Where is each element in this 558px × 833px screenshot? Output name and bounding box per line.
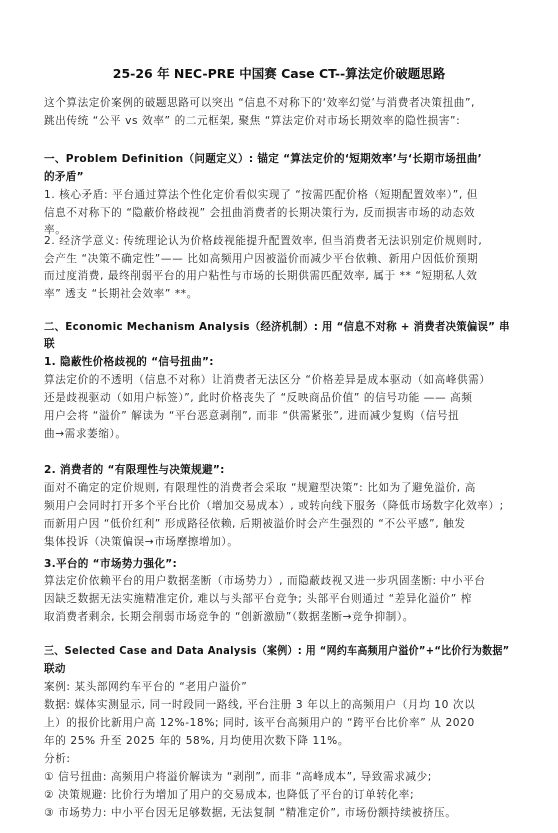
section3-heading: 三、Selected Case and Data Analysis（案例）: 用… bbox=[44, 644, 510, 658]
section2-sub2-line: 面对不确定的定价规则, 有限理性的消费者会采取 “规避型决策”: 比如为了避免溢… bbox=[44, 481, 476, 495]
section1-line: 1. 核心矛盾: 平台通过算法个性化定价看似实现了 “按需匹配价格（短期配置效率… bbox=[44, 188, 478, 202]
section2-sub1-heading: 1. 隐蔽性价格歧视的 “信号扭曲”: bbox=[44, 355, 214, 369]
section3-line: 数据: 媒体实测显示, 同一时段同一路线, 平台注册 3 年以上的高频用户（月均… bbox=[44, 698, 475, 712]
section2-sub1-line: 用户会将 “溢价” 解读为 “平台恶意剥削”, 而非 “供需紧张”, 进而减少复… bbox=[44, 409, 459, 423]
section2-sub3-line: 取消费者剩余, 长期会削弱市场竞争的 “创新激励”（数据垄断→竞争抑制）。 bbox=[44, 610, 414, 624]
section2-sub3-line: 算法定价依赖平台的用户数据垄断（市场势力）, 而隐蔽歧视又进一步巩固垄断: 中小… bbox=[44, 574, 485, 588]
section2-sub3-line: 因缺乏数据无法实施精准定价, 难以与头部平台竞争; 头部平台则通过 “差异化溢价… bbox=[44, 592, 472, 606]
section1-heading: 一、Problem Definition（问题定义）: 锚定 “算法定价的‘短期… bbox=[44, 152, 482, 166]
section2-heading: 二、Economic Mechanism Analysis（经济机制）: 用 “… bbox=[44, 320, 510, 334]
section1-heading: 的矛盾” bbox=[44, 170, 84, 184]
section1-line: 而过度消费, 最终削弱平台的用户粘性与市场的长期供需匹配效率, 属于 ** “短… bbox=[44, 269, 477, 283]
intro-line: 这个算法定价案例的破题思路可以突出 “信息不对称下的‘效率幻觉’与消费者决策扭曲… bbox=[44, 96, 475, 110]
section3-line: ③ 市场势力: 中小平台因无足够数据, 无法复制 “精准定价”, 市场份额持续被… bbox=[44, 806, 456, 820]
section3-line: 年的 25% 升至 2025 年的 58%, 月均使用次数下降 11%。 bbox=[44, 734, 349, 748]
section2-heading: 联 bbox=[44, 337, 55, 351]
section2-sub2-heading: 2. 消费者的 “有限理性与决策规避”: bbox=[44, 463, 225, 477]
section2-sub1-line: 算法定价的不透明（信息不对称）让消费者无法区分 “价格差异是成本驱动（如高峰供需… bbox=[44, 373, 491, 387]
document-page: 25-26 年 NEC-PRE 中国赛 Case CT--算法定价破题思路 这个… bbox=[0, 0, 558, 833]
section3-line: ② 决策规避: 比价行为增加了用户的交易成本, 也降低了平台的订单转化率; bbox=[44, 788, 414, 802]
section2-sub2-line: 集体投诉（决策偏误→市场摩擦增加）。 bbox=[44, 535, 238, 549]
section2-sub2-line: 频用户会同时打开多个平台比价（增加交易成本）, 或转向线下服务（降低市场数字化效… bbox=[44, 499, 504, 513]
section1-line: 率” 透支 “长期社会效率” **。 bbox=[44, 287, 198, 301]
section3-line: 分析: bbox=[44, 752, 71, 766]
section3-line: 案例: 某头部网约车平台的 “老用户溢价” bbox=[44, 680, 247, 694]
document-title: 25-26 年 NEC-PRE 中国赛 Case CT--算法定价破题思路 bbox=[0, 64, 558, 82]
section2-sub2-line: 而新用户因 “低价红利” 形成路径依赖, 后期被溢价时会产生强烈的 “不公平感”… bbox=[44, 517, 466, 531]
section2-sub1-line: 曲→需求萎缩）。 bbox=[44, 427, 127, 441]
section3-heading: 联动 bbox=[44, 662, 66, 676]
section2-sub3-heading: 3.平台的 “市场势力强化”: bbox=[44, 557, 177, 571]
section3-line: 上）的报价比新用户高 12%-18%; 同时, 该平台高频用户的 “跨平台比价率… bbox=[44, 716, 475, 730]
section1-line: 2. 经济学意义: 传统理论认为价格歧视能提升配置效率, 但当消费者无法识别定价… bbox=[44, 234, 482, 248]
section1-line: 信息不对称下的 “隐蔽价格歧视” 会扭曲消费者的长期决策行为, 反而损害市场的动… bbox=[44, 206, 475, 220]
section1-line: 会产生 “决策不确定性”—— 比如高频用户因被溢价而减少平台依赖、新用户因低价预… bbox=[44, 252, 478, 266]
intro-line: 跳出传统 “公平 vs 效率” 的二元框架, 聚焦 “算法定价对市场长期效率的隐… bbox=[44, 114, 460, 128]
section2-sub1-line: 还是歧视驱动（如用户标签）”, 此时价格丧失了 “反映商品价值” 的信号功能 —… bbox=[44, 391, 473, 405]
section3-line: ① 信号扭曲: 高频用户将溢价解读为 “剥削”, 而非 “高峰成本”, 导致需求… bbox=[44, 770, 432, 784]
